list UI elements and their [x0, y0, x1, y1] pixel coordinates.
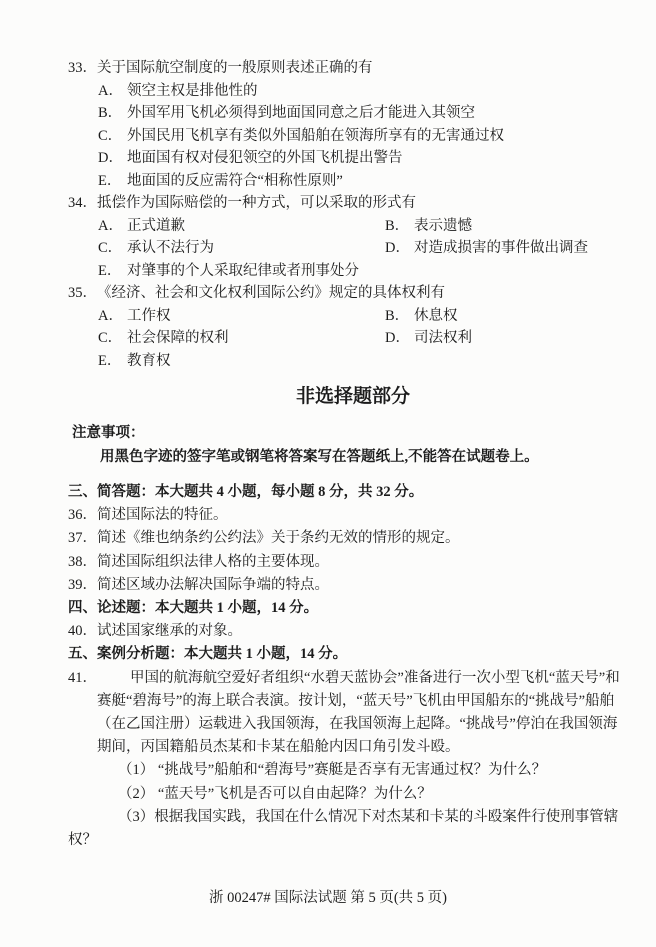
question-number: 38． [68, 551, 97, 574]
option-label: E． [98, 170, 127, 193]
option-33-b: B．外国军用飞机必须得到地面国同意之后才能进入其领空 [68, 102, 636, 125]
page-footer: 浙 00247# 国际法试题 第 5 页(共 5 页) [0, 889, 656, 907]
option-text: 司法权利 [414, 330, 472, 346]
option-label: A． [98, 80, 127, 103]
question-39: 39． 简述区域办法解决国际争端的特点。 [68, 574, 636, 597]
option-label: A． [98, 305, 127, 328]
option-label: E． [98, 350, 127, 373]
question-41-sub-3-continuation: 权？ [68, 829, 636, 852]
question-number: 33． [68, 57, 97, 80]
question-text: 简述区域办法解决国际争端的特点。 [97, 577, 329, 593]
question-number: 34． [68, 192, 97, 215]
option-33-e: E．地面国的反应需符合“相称性原则” [68, 170, 636, 193]
option-text: 承认不法行为 [127, 240, 214, 256]
question-number: 39． [68, 574, 97, 597]
notice-title: 注意事项： [72, 421, 636, 445]
question-number: 36． [68, 504, 97, 527]
question-text: 简述国际法的特征。 [97, 507, 228, 523]
option-34-d: D．对造成损害的事件做出调查 [385, 237, 588, 260]
option-label: D． [385, 327, 414, 350]
option-text: 表示遗憾 [414, 218, 472, 234]
question-number: 40． [68, 620, 97, 643]
option-label: C． [98, 237, 127, 260]
notice-body: 用黑色字迹的签字笔或钢笔将答案写在答题纸上,不能答在试题卷上。 [72, 445, 636, 469]
question-number: 35． [68, 282, 97, 305]
subjective-sections: 三、简答题：本大题共 4 小题，每小题 8 分，共 32 分。 36． 简述国际… [68, 481, 636, 852]
option-label: B． [385, 305, 414, 328]
option-row-34-ab: A．正式道歉 B．表示遗憾 [68, 215, 636, 238]
option-label: B． [385, 215, 414, 238]
option-35-e: E．教育权 [68, 350, 636, 373]
multiple-choice-section: 33． 关于国际航空制度的一般原则表述正确的有 A．领空主权是排他性的 B．外国… [68, 57, 636, 372]
option-33-d: D．地面国有权对侵犯领空的外国飞机提出警告 [68, 147, 636, 170]
question-number: 41． [68, 667, 97, 690]
question-41-line-4: 期间，丙国籍船员杰某和卡某在船舱内因口角引发斗殴。 [68, 736, 636, 759]
question-41-sub-3: （3）根据我国实践，我国在什么情况下对杰某和卡某的斗殴案件行使刑事管辖 [68, 806, 636, 829]
question-35-stem: 35． 《经济、社会和文化权利国际公约》规定的具体权利有 [68, 282, 636, 305]
option-text: 外国军用飞机必须得到地面国同意之后才能进入其领空 [127, 105, 475, 121]
question-text: 甲国的航海航空爱好者组织“水碧天蓝协会”准备进行一次小型飞机“蓝天号”和 [130, 670, 620, 686]
question-38: 38． 简述国际组织法律人格的主要体现。 [68, 551, 636, 574]
option-label: C． [98, 125, 127, 148]
option-label: D． [98, 147, 127, 170]
option-text: 外国民用飞机享有类似外国船舶在领海所享有的无害通过权 [127, 128, 504, 144]
option-label: A． [98, 215, 127, 238]
question-34-stem: 34． 抵偿作为国际赔偿的一种方式，可以采取的形式有 [68, 192, 636, 215]
section-4-header: 四、论述题：本大题共 1 小题，14 分。 [68, 597, 636, 620]
option-35-a: A．工作权 [98, 305, 385, 328]
question-number: 37． [68, 527, 97, 550]
option-text: 教育权 [127, 353, 171, 369]
option-label: D． [385, 237, 414, 260]
option-label: C． [98, 327, 127, 350]
option-33-c: C．外国民用飞机享有类似外国船舶在领海所享有的无害通过权 [68, 125, 636, 148]
option-row-35-ab: A．工作权 B．休息权 [68, 305, 636, 328]
option-35-b: B．休息权 [385, 305, 458, 328]
question-41-line-1: 41． 甲国的航海航空爱好者组织“水碧天蓝协会”准备进行一次小型飞机“蓝天号”和 [68, 667, 636, 690]
option-text: 地面国有权对侵犯领空的外国飞机提出警告 [127, 150, 403, 166]
question-stem-text: 《经济、社会和文化权利国际公约》规定的具体权利有 [97, 285, 445, 301]
question-41-line-3: （在乙国注册）运载进入我国领海，在我国领海上起降。“挑战号”停泊在我国领海 [68, 713, 636, 736]
question-41-sub-2: （2） “蓝天号”飞机是否可以自由起降？为什么？ [68, 783, 636, 806]
question-stem-text: 关于国际航空制度的一般原则表述正确的有 [97, 60, 373, 76]
option-35-d: D．司法权利 [385, 327, 472, 350]
question-stem-text: 抵偿作为国际赔偿的一种方式，可以采取的形式有 [97, 195, 416, 211]
question-40: 40． 试述国家继承的对象。 [68, 620, 636, 643]
option-text: 领空主权是排他性的 [127, 83, 258, 99]
question-36: 36． 简述国际法的特征。 [68, 504, 636, 527]
option-label: E． [98, 260, 127, 283]
option-text: 对肇事的个人采取纪律或者刑事处分 [127, 263, 359, 279]
option-34-b: B．表示遗憾 [385, 215, 472, 238]
option-35-c: C．社会保障的权利 [98, 327, 385, 350]
option-34-a: A．正式道歉 [98, 215, 385, 238]
section-heading: 非选择题部分 [0, 384, 656, 410]
option-33-a: A．领空主权是排他性的 [68, 80, 636, 103]
option-text: 正式道歉 [127, 218, 185, 234]
option-label: B． [98, 102, 127, 125]
option-text: 工作权 [127, 308, 171, 324]
option-row-35-cd: C．社会保障的权利 D．司法权利 [68, 327, 636, 350]
option-34-c: C．承认不法行为 [98, 237, 385, 260]
option-text: 地面国的反应需符合“相称性原则” [127, 173, 343, 189]
question-text: 试述国家继承的对象。 [97, 623, 242, 639]
exam-page: { "colors": { "text": "#1b1b1b", "page_b… [0, 0, 656, 947]
notice-block: 注意事项： 用黑色字迹的签字笔或钢笔将答案写在答题纸上,不能答在试题卷上。 [72, 421, 636, 469]
question-41-sub-1: （1） “挑战号”船舶和“碧海号”赛艇是否享有无害通过权？为什么？ [68, 759, 636, 782]
option-34-e: E．对肇事的个人采取纪律或者刑事处分 [68, 260, 636, 283]
option-text: 休息权 [414, 308, 458, 324]
question-37: 37． 简述《维也纳条约公约法》关于条约无效的情形的规定。 [68, 527, 636, 550]
section-5-header: 五、案例分析题：本大题共 1 小题，14 分。 [68, 643, 636, 666]
question-text: 简述国际组织法律人格的主要体现。 [97, 554, 329, 570]
question-text: 简述《维也纳条约公约法》关于条约无效的情形的规定。 [97, 530, 460, 546]
option-text: 对造成损害的事件做出调查 [414, 240, 588, 256]
option-row-34-cd: C．承认不法行为 D．对造成损害的事件做出调查 [68, 237, 636, 260]
section-3-header: 三、简答题：本大题共 4 小题，每小题 8 分，共 32 分。 [68, 481, 636, 504]
option-text: 社会保障的权利 [127, 330, 229, 346]
question-41-line-2: 赛艇“碧海号”的海上联合表演。按计划，“蓝天号”飞机由甲国船东的“挑战号”船舶 [68, 690, 636, 713]
question-33-stem: 33． 关于国际航空制度的一般原则表述正确的有 [68, 57, 636, 80]
